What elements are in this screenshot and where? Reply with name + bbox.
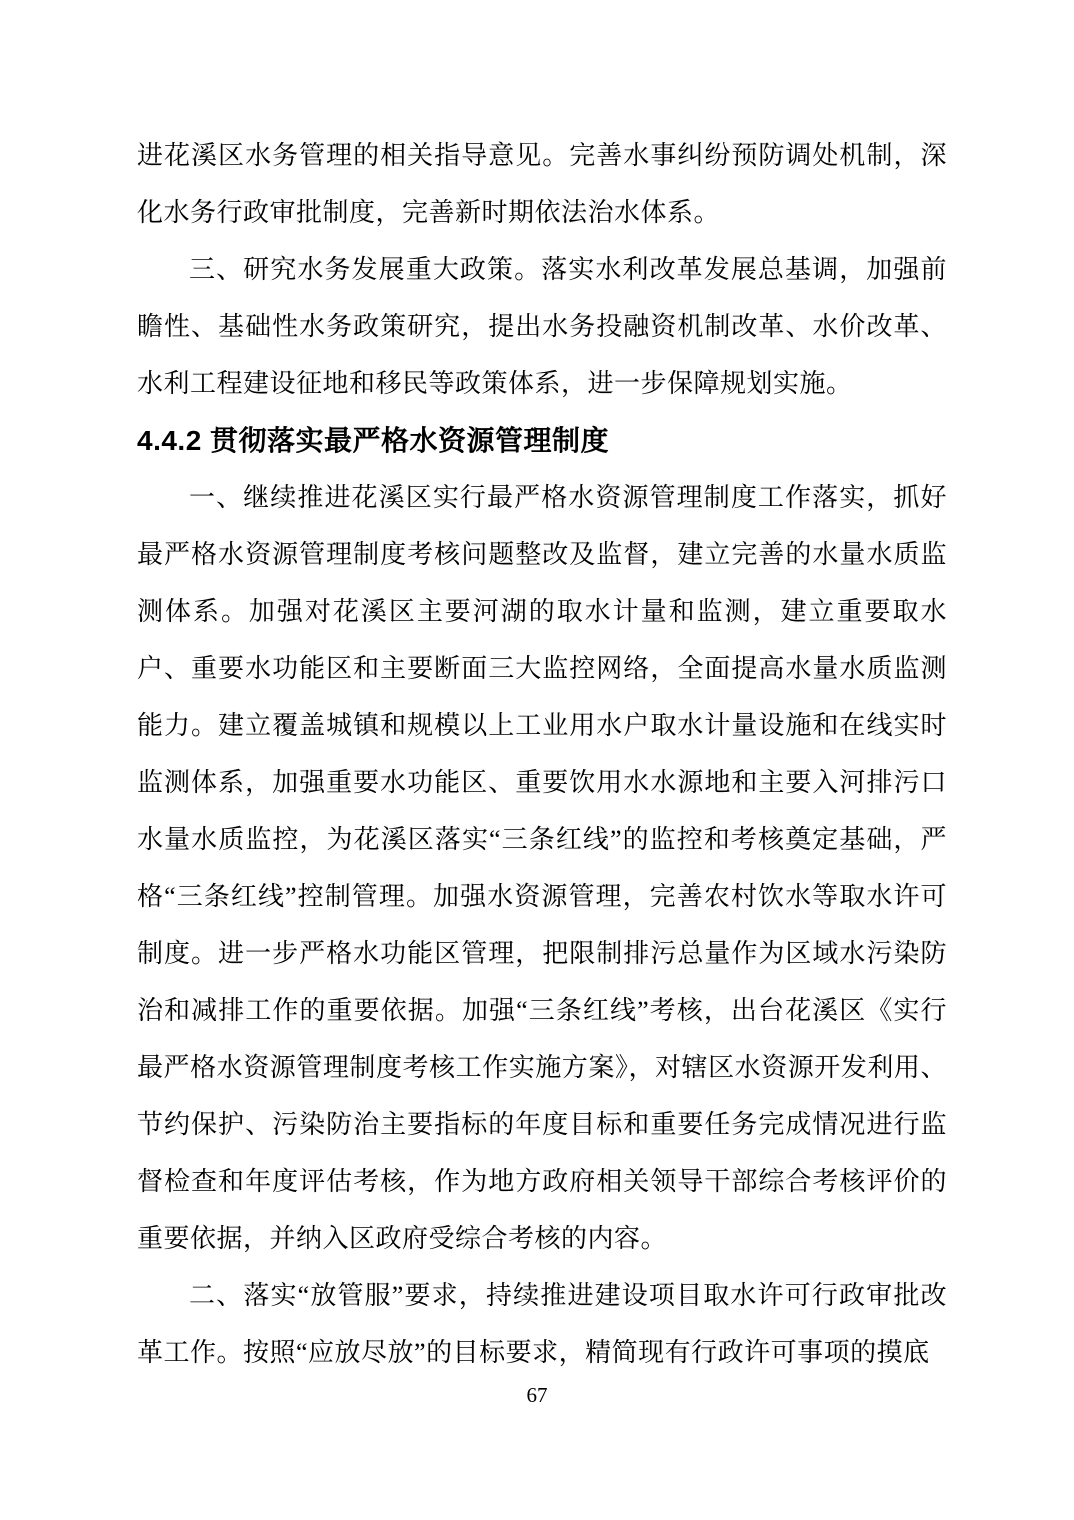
paragraph-policy-research: 三、研究水务发展重大政策。落实水利改革发展总基调，加强前瞻性、基础性水务政策研究… <box>137 241 947 412</box>
document-page: 进花溪区水务管理的相关指导意见。完善水事纠纷预防调处机制，深化水务行政审批制度，… <box>0 0 1074 1520</box>
section-heading-4-4-2: 4.4.2 贯彻落实最严格水资源管理制度 <box>137 412 947 469</box>
page-footer: 67 <box>0 1383 1074 1408</box>
page-number: 67 <box>527 1383 548 1407</box>
page-content: 进花溪区水务管理的相关指导意见。完善水事纠纷预防调处机制，深化水务行政审批制度，… <box>137 127 947 1381</box>
paragraph-continuation: 进花溪区水务管理的相关指导意见。完善水事纠纷预防调处机制，深化水务行政审批制度，… <box>137 127 947 241</box>
paragraph-strict-water-management: 一、继续推进花溪区实行最严格水资源管理制度工作落实，抓好最严格水资源管理制度考核… <box>137 469 947 1267</box>
paragraph-fangguanfu-reform: 二、落实“放管服”要求，持续推进建设项目取水许可行政审批改革工作。按照“应放尽放… <box>137 1267 947 1381</box>
